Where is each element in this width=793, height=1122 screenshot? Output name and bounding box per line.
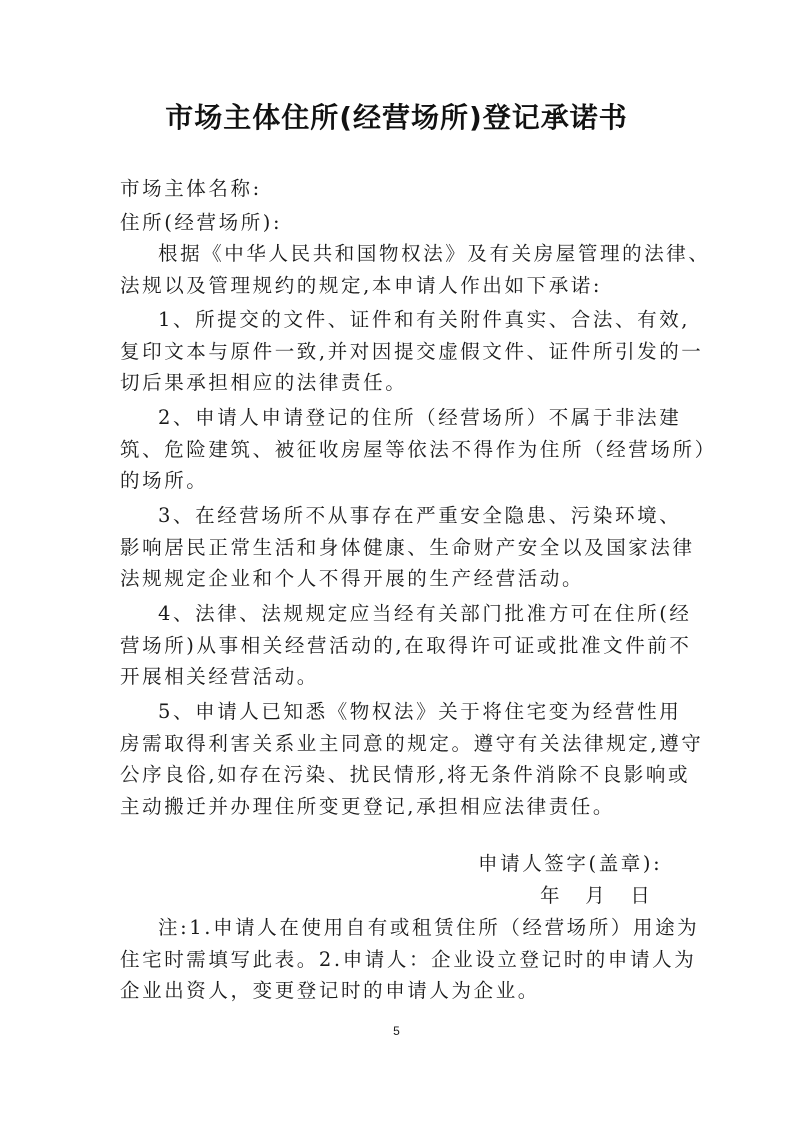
item-3-line-1: 3、在经营场所不从事存在严重安全隐患、污染环境、	[158, 502, 681, 530]
intro-line-1: 根据《中华人民共和国物权法》及有关房屋管理的法律、	[158, 240, 711, 268]
item-1-line-3: 切后果承担相应的法律责任。	[120, 369, 407, 397]
page-number: 5	[0, 1024, 793, 1038]
item-4-line-3: 开展相关经营活动。	[120, 663, 319, 691]
document-title: 市场主体住所(经营场所)登记承诺书	[0, 96, 793, 136]
item-2-line-2: 筑、危险建筑、被征收房屋等依法不得作为住所（经营场所）	[120, 436, 717, 464]
item-3-line-2: 影响居民正常生活和身体健康、生命财产安全以及国家法律	[120, 534, 695, 562]
item-5-line-3: 公序良俗,如存在污染、扰民情形,将无条件消除不良影响或	[120, 761, 690, 789]
item-5-line-2: 房需取得利害关系业主同意的规定。遵守有关法律规定,遵守	[120, 730, 703, 758]
intro-line-2: 法规以及管理规约的规定,本申请人作出如下承诺:	[120, 272, 602, 300]
item-4-line-2: 营场所)从事相关经营活动的,在取得许可证或批准文件前不	[120, 632, 692, 660]
item-5-line-1: 5、申请人已知悉《物权法》关于将住宅变为经营性用	[158, 698, 681, 726]
item-4-line-1: 4、法律、法规规定应当经有关部门批准方可在住所(经	[158, 600, 692, 628]
note-line-2: 住宅时需填写此表。2.申请人：企业设立登记时的申请人为	[120, 946, 696, 974]
signature-label: 申请人签字(盖章):	[478, 850, 662, 878]
address-label: 住所(经营场所):	[120, 209, 282, 237]
note-line-1: 注:1.申请人在使用自有或租赁住所（经营场所）用途为	[158, 914, 699, 942]
entity-name-label: 市场主体名称:	[120, 175, 262, 203]
item-1-line-2: 复印文本与原件一致,并对因提交虚假文件、证件所引发的一	[120, 338, 703, 366]
item-2-line-1: 2、申请人申请登记的住所（经营场所）不属于非法建	[158, 404, 681, 432]
note-line-3: 企业出资人，变更登记时的申请人为企业。	[120, 977, 540, 1005]
item-1-line-1: 1、所提交的文件、证件和有关附件真实、合法、有效,	[158, 306, 690, 334]
item-5-line-4: 主动搬迁并办理住所变更登记,承担相应法律责任。	[120, 793, 615, 821]
item-2-line-3: 的场所。	[120, 467, 208, 495]
item-3-line-3: 法规规定企业和个人不得开展的生产经营活动。	[120, 565, 584, 593]
signature-date: 年 月 日	[540, 882, 650, 910]
